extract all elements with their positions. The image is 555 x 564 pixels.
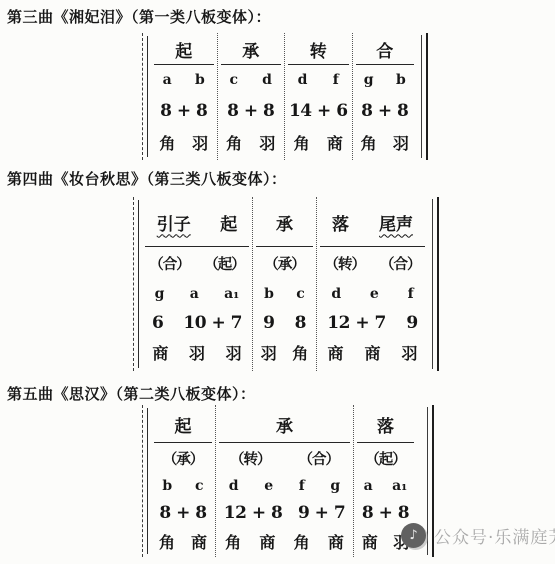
letters-row: gaa₁ bbox=[142, 280, 252, 307]
column-header: 引子起 bbox=[142, 197, 252, 247]
column-header: 起 bbox=[151, 33, 217, 65]
mode-tone-label: 商 bbox=[152, 341, 168, 364]
beat-count: 8 bbox=[295, 313, 306, 333]
phrase-letter: b bbox=[264, 286, 274, 302]
section-heading-2: 第四曲《妆台秋思》（第三类八板变体）： bbox=[7, 168, 287, 189]
beat-count: 10 + 7 bbox=[183, 313, 242, 333]
beat-count: 9 + 7 bbox=[298, 503, 345, 523]
numbers-row: 8 + 8 bbox=[151, 94, 217, 128]
sub-row: （承） bbox=[253, 247, 316, 280]
mode-tone-label: 羽 bbox=[226, 341, 242, 364]
structure-sub-label: （合） bbox=[299, 448, 340, 469]
mode-tone-label: 角 bbox=[292, 341, 308, 364]
tones-row: 角商 bbox=[151, 527, 215, 555]
numbers-row: 8 + 8 bbox=[353, 94, 418, 128]
sub-row: （承） bbox=[151, 443, 215, 474]
sub-row: （转）（合） bbox=[216, 443, 353, 474]
mode-tone-label: 商 bbox=[191, 530, 207, 553]
structure-sub-label: （合） bbox=[149, 253, 190, 274]
header-label: 合 bbox=[376, 37, 393, 62]
tones-row: 羽角 bbox=[253, 338, 316, 367]
header-label: 承 bbox=[242, 37, 259, 62]
phrase-letter: d bbox=[262, 72, 272, 88]
phrase-letter: e bbox=[264, 478, 273, 494]
phrase-letter: g bbox=[155, 286, 165, 302]
table-column: 落尾声（转）（合）def12 + 79商商羽 bbox=[316, 197, 428, 371]
numbers-row: 98 bbox=[253, 307, 316, 338]
phrase-letter: e bbox=[370, 286, 379, 302]
beat-count: 8 + 8 bbox=[160, 101, 207, 121]
mode-tone-label: 商 bbox=[259, 530, 275, 553]
letters-row: cd bbox=[218, 65, 285, 94]
column-header: 起 bbox=[151, 405, 215, 443]
mode-tone-label: 羽 bbox=[393, 131, 409, 154]
phrase-letter: f bbox=[333, 72, 339, 88]
table-column: 承（承）bc98羽角 bbox=[252, 197, 316, 371]
beat-count: 8 + 8 bbox=[159, 503, 206, 523]
beat-count: 9 bbox=[263, 313, 274, 333]
mode-tone-label: 角 bbox=[294, 131, 310, 154]
header-label: 落 bbox=[332, 210, 349, 235]
header-label: 转 bbox=[310, 37, 327, 62]
header-label: 落 bbox=[377, 412, 394, 437]
mode-tone-label: 羽 bbox=[401, 341, 417, 364]
tones-row: 角商 bbox=[285, 128, 352, 157]
mode-tone-label: 商 bbox=[328, 530, 344, 553]
tones-row: 角羽 bbox=[353, 128, 418, 157]
beat-count: 8 + 8 bbox=[227, 101, 274, 121]
numbers-row: 14 + 6 bbox=[285, 94, 352, 128]
table-column: 承（转）（合）defg12 + 89 + 7角商角商 bbox=[215, 405, 353, 557]
numbers-row: 8 + 8 bbox=[151, 498, 215, 527]
structure-sub-label: （起） bbox=[204, 253, 245, 274]
sub-row: （转）（合） bbox=[317, 247, 428, 280]
header-label: 起 bbox=[220, 210, 237, 235]
beat-count: 14 + 6 bbox=[289, 101, 348, 121]
column-header: 落 bbox=[354, 405, 417, 443]
phrase-letter: a bbox=[364, 478, 373, 494]
table-columns: 引子起（合）（起）gaa₁610 + 7商羽羽承（承）bc98羽角落尾声（转）（… bbox=[142, 197, 428, 371]
sub-row: （起） bbox=[354, 443, 417, 474]
phrase-letter: f bbox=[408, 286, 414, 302]
letters-row: def bbox=[317, 280, 428, 307]
table-columns: 起ab8 + 8角羽承cd8 + 8角羽转df14 + 6角商合gb8 + 8角… bbox=[151, 33, 417, 160]
structure-sub-label: （合） bbox=[380, 253, 421, 274]
numbers-row: 8 + 8 bbox=[218, 94, 285, 128]
mode-tone-label: 羽 bbox=[189, 341, 205, 364]
tones-row: 商商羽 bbox=[317, 338, 428, 367]
column-header: 承 bbox=[218, 33, 285, 65]
table-column: 承cd8 + 8角羽 bbox=[217, 33, 285, 160]
structure-sub-label: （承） bbox=[163, 448, 204, 469]
phrase-letter: c bbox=[296, 286, 305, 302]
beat-count: 9 bbox=[406, 313, 417, 333]
mode-tone-label: 羽 bbox=[192, 131, 208, 154]
letters-row: aa₁ bbox=[354, 474, 417, 498]
letters-row: df bbox=[285, 65, 352, 94]
music-note-icon: ♪ bbox=[409, 528, 417, 543]
mode-tone-label: 商 bbox=[364, 341, 380, 364]
numbers-row: 610 + 7 bbox=[142, 307, 252, 338]
structure-sub-label: （承） bbox=[264, 253, 305, 274]
baban-table-1: 起ab8 + 8角羽承cd8 + 8角羽转df14 + 6角商合gb8 + 8角… bbox=[142, 33, 428, 160]
mode-tone-label: 角 bbox=[225, 530, 241, 553]
mode-tone-label: 商 bbox=[327, 341, 343, 364]
column-header: 落尾声 bbox=[317, 197, 428, 247]
structure-sub-label: （转） bbox=[230, 448, 271, 469]
column-header: 转 bbox=[285, 33, 352, 65]
tones-row: 角羽 bbox=[218, 128, 285, 157]
mode-tone-label: 角 bbox=[159, 131, 175, 154]
phrase-letter: a bbox=[163, 72, 172, 88]
letters-row: gb bbox=[353, 65, 418, 94]
phrase-letter: g bbox=[330, 478, 340, 494]
table-columns: 起（承）bc8 + 8角商承（转）（合）defg12 + 89 + 7角商角商落… bbox=[151, 405, 423, 557]
mode-tone-label: 羽 bbox=[261, 341, 277, 364]
table-column: 合gb8 + 8角羽 bbox=[352, 33, 418, 160]
header-label: 起 bbox=[175, 37, 192, 62]
phrase-letter: b bbox=[396, 72, 406, 88]
numbers-row: 12 + 89 + 7 bbox=[216, 498, 353, 527]
baban-table-3: 起（承）bc8 + 8角商承（转）（合）defg12 + 89 + 7角商角商落… bbox=[142, 405, 434, 557]
letters-row: bc bbox=[253, 280, 316, 307]
beat-count: 8 + 8 bbox=[362, 503, 409, 523]
sub-row: （合）（起） bbox=[142, 247, 252, 280]
mode-tone-label: 商 bbox=[327, 131, 343, 154]
tones-row: 角羽 bbox=[151, 128, 217, 157]
phrase-letter: d bbox=[331, 286, 341, 302]
mode-tone-label: 商 bbox=[362, 530, 378, 553]
column-header: 承 bbox=[216, 405, 353, 443]
letters-row: defg bbox=[216, 474, 353, 498]
beat-count: 12 + 8 bbox=[224, 503, 283, 523]
mode-tone-label: 角 bbox=[294, 530, 310, 553]
table-column: 起ab8 + 8角羽 bbox=[151, 33, 217, 160]
section-heading-1: 第三曲《湘妃泪》（第一类八板变体）： bbox=[7, 6, 271, 27]
watermark: ♪ 公众号·乐满庭芳 bbox=[401, 523, 555, 548]
phrase-letter: c bbox=[195, 478, 204, 494]
phrase-letter: a bbox=[190, 286, 199, 302]
beat-count: 8 + 8 bbox=[361, 101, 408, 121]
phrase-letter: a₁ bbox=[224, 286, 239, 302]
header-label: 起 bbox=[175, 412, 192, 437]
header-label: 承 bbox=[276, 210, 293, 235]
baban-table-2: 引子起（合）（起）gaa₁610 + 7商羽羽承（承）bc98羽角落尾声（转）（… bbox=[133, 197, 439, 371]
column-header: 合 bbox=[353, 33, 418, 65]
phrase-letter: a₁ bbox=[392, 478, 407, 494]
watermark-text: 公众号·乐满庭芳 bbox=[434, 523, 555, 548]
phrase-letter: d bbox=[298, 72, 308, 88]
header-label: 尾声 bbox=[379, 210, 413, 235]
section-heading-3: 第五曲《思汉》（第二类八板变体）： bbox=[7, 383, 256, 404]
table-column: 引子起（合）（起）gaa₁610 + 7商羽羽 bbox=[142, 197, 252, 371]
table-column: 起（承）bc8 + 8角商 bbox=[151, 405, 215, 557]
mode-tone-label: 角 bbox=[226, 131, 242, 154]
beat-count: 6 bbox=[152, 313, 163, 333]
letters-row: ab bbox=[151, 65, 217, 94]
table-column: 转df14 + 6角商 bbox=[284, 33, 352, 160]
wechat-account-logo-icon: ♪ bbox=[401, 523, 426, 548]
structure-sub-label: （转） bbox=[325, 253, 366, 274]
mode-tone-label: 角 bbox=[159, 530, 175, 553]
tones-row: 角商角商 bbox=[216, 527, 353, 555]
tones-row: 商羽羽 bbox=[142, 338, 252, 367]
phrase-letter: g bbox=[364, 72, 374, 88]
header-label: 引子 bbox=[157, 210, 191, 235]
phrase-letter: b bbox=[195, 72, 205, 88]
structure-sub-label: （起） bbox=[365, 448, 406, 469]
numbers-row: 12 + 79 bbox=[317, 307, 428, 338]
mode-tone-label: 羽 bbox=[259, 131, 275, 154]
letters-row: bc bbox=[151, 474, 215, 498]
beat-count: 12 + 7 bbox=[327, 313, 386, 333]
phrase-letter: d bbox=[229, 478, 239, 494]
mode-tone-label: 角 bbox=[361, 131, 377, 154]
phrase-letter: c bbox=[230, 72, 239, 88]
column-header: 承 bbox=[253, 197, 316, 247]
phrase-letter: f bbox=[299, 478, 305, 494]
header-label: 承 bbox=[276, 412, 293, 437]
phrase-letter: b bbox=[162, 478, 172, 494]
